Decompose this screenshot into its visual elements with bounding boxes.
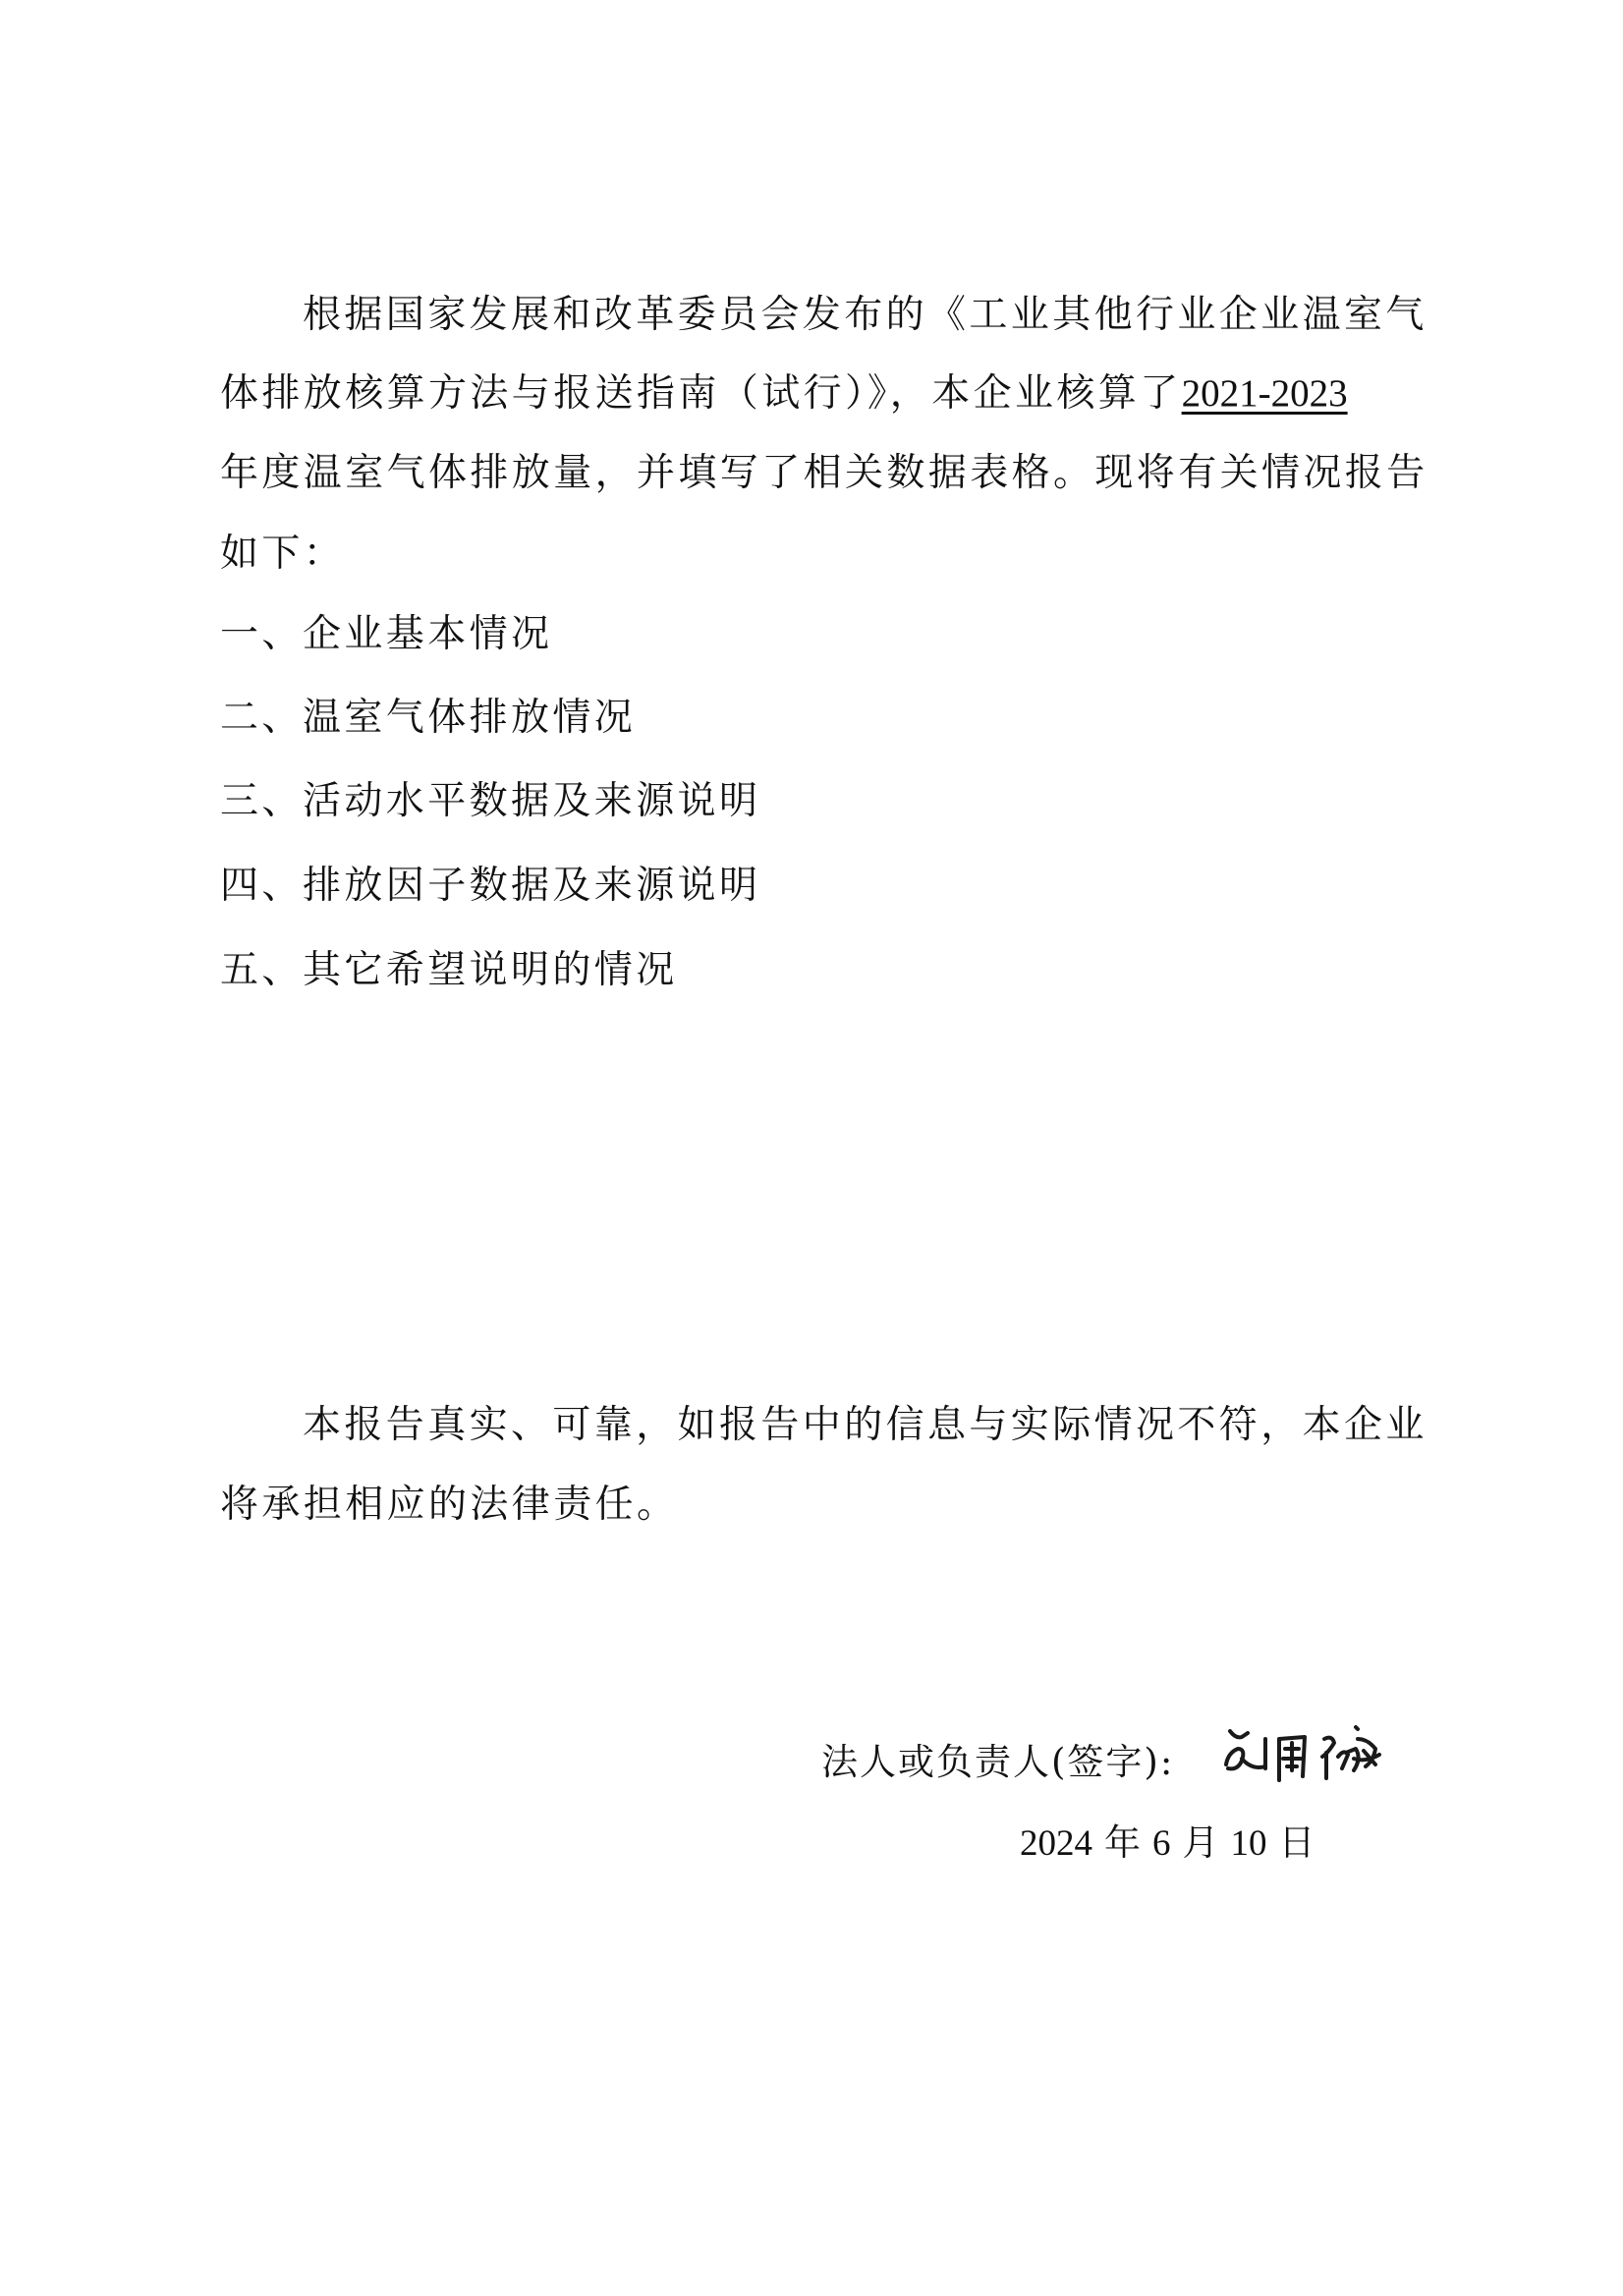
date-day-unit: 日	[1279, 1821, 1315, 1864]
section-number: 四、	[220, 863, 303, 910]
signing-date: 2024年6月10日	[1020, 1820, 1327, 1868]
date-day: 10	[1231, 1823, 1267, 1864]
intro-line-4: 如下：	[220, 531, 1399, 578]
section-number: 一、	[220, 611, 303, 658]
declaration-line-1: 本报告真实、可靠，如报告中的信息与实际情况不符，本企业	[303, 1402, 1399, 1449]
section-title: 其它希望说明的情况	[303, 948, 678, 992]
declaration-line-2: 将承担相应的法律责任。	[220, 1482, 1399, 1529]
date-month: 6	[1152, 1823, 1171, 1864]
date-year-unit: 年	[1104, 1821, 1141, 1864]
section-number: 三、	[220, 778, 303, 825]
section-title: 活动水平数据及来源说明	[303, 779, 760, 823]
section-number: 五、	[220, 947, 303, 994]
section-item-5: 五、其它希望说明的情况	[220, 947, 678, 994]
intro-line-1: 根据国家发展和改革委员会发布的《工业其他行业企业温室气	[303, 292, 1399, 339]
intro-line-2: 体排放核算方法与报送指南（试行）》，本企业核算了2021-2023	[220, 370, 1399, 418]
section-item-2: 二、温室气体排放情况	[220, 695, 636, 742]
document-page: 根据国家发展和改革委员会发布的《工业其他行业企业温室气 体排放核算方法与报送指南…	[0, 0, 1623, 2296]
section-item-3: 三、活动水平数据及来源说明	[220, 778, 760, 825]
signature-label: 法人或负责人(签字):	[821, 1739, 1174, 1786]
year-range: 2021-2023	[1182, 372, 1348, 415]
section-title: 排放因子数据及来源说明	[303, 864, 760, 908]
section-item-1: 一、企业基本情况	[220, 611, 552, 658]
date-year: 2024	[1020, 1823, 1092, 1864]
section-number: 二、	[220, 695, 303, 742]
section-title: 企业基本情况	[303, 612, 552, 656]
intro-line-2-text: 体排放核算方法与报送指南（试行）》，本企业核算了	[220, 371, 1182, 416]
date-month-unit: 月	[1183, 1821, 1219, 1864]
intro-line-3: 年度温室气体排放量，并填写了相关数据表格。现将有关情况报告	[220, 450, 1399, 497]
section-title: 温室气体排放情况	[303, 696, 636, 740]
section-item-4: 四、排放因子数据及来源说明	[220, 863, 760, 910]
handwritten-signature-icon	[1218, 1709, 1395, 1788]
